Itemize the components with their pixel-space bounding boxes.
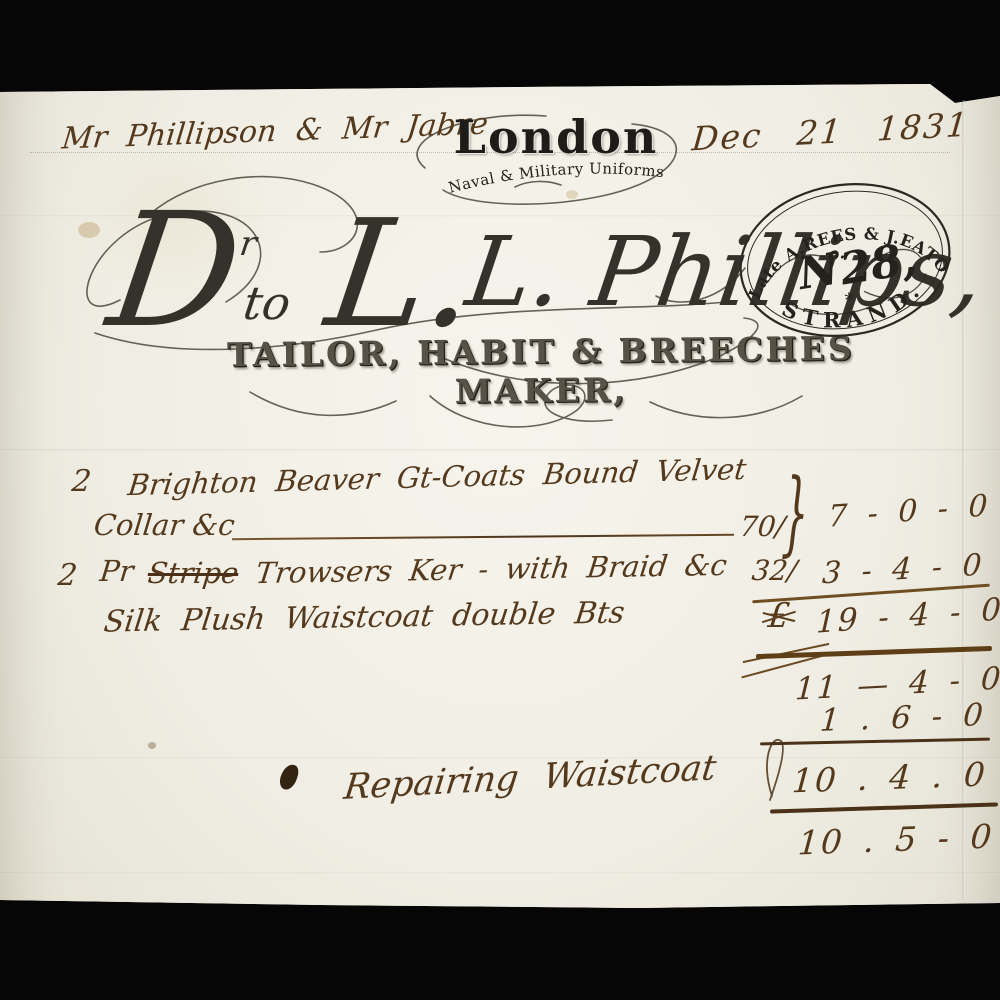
- struck-currency: £: [766, 596, 792, 636]
- total-a: 10 . 4 . 0: [791, 755, 989, 801]
- debtor-to: to: [240, 276, 294, 330]
- trade-banner: TAILOR, HABIT & BREECHES MAKER,: [188, 328, 895, 413]
- item1-rate: 70/: [738, 510, 787, 543]
- item2-struck-word: Stripe: [146, 556, 240, 590]
- debtor-initial: D: [101, 192, 250, 350]
- item2-qty: 2: [56, 558, 79, 593]
- city-title: London: [436, 110, 676, 164]
- total-b: 10 . 5 - 0: [797, 817, 995, 863]
- merchant-name: L. Phillips,: [461, 224, 990, 320]
- item1-text2: Collar &c: [92, 508, 236, 542]
- item2-rate: 32/: [750, 554, 799, 587]
- invoice-scan: Naval & Military Uniforms Mr Phillipson …: [0, 0, 1000, 1000]
- item1-brace: }: [781, 458, 811, 566]
- item1-qty: 2: [70, 464, 93, 499]
- item2-prefix: Pr: [98, 554, 135, 588]
- amount-line-c: 1 . 6 - 0: [819, 697, 986, 739]
- pound-sign-struck: £: [766, 596, 792, 636]
